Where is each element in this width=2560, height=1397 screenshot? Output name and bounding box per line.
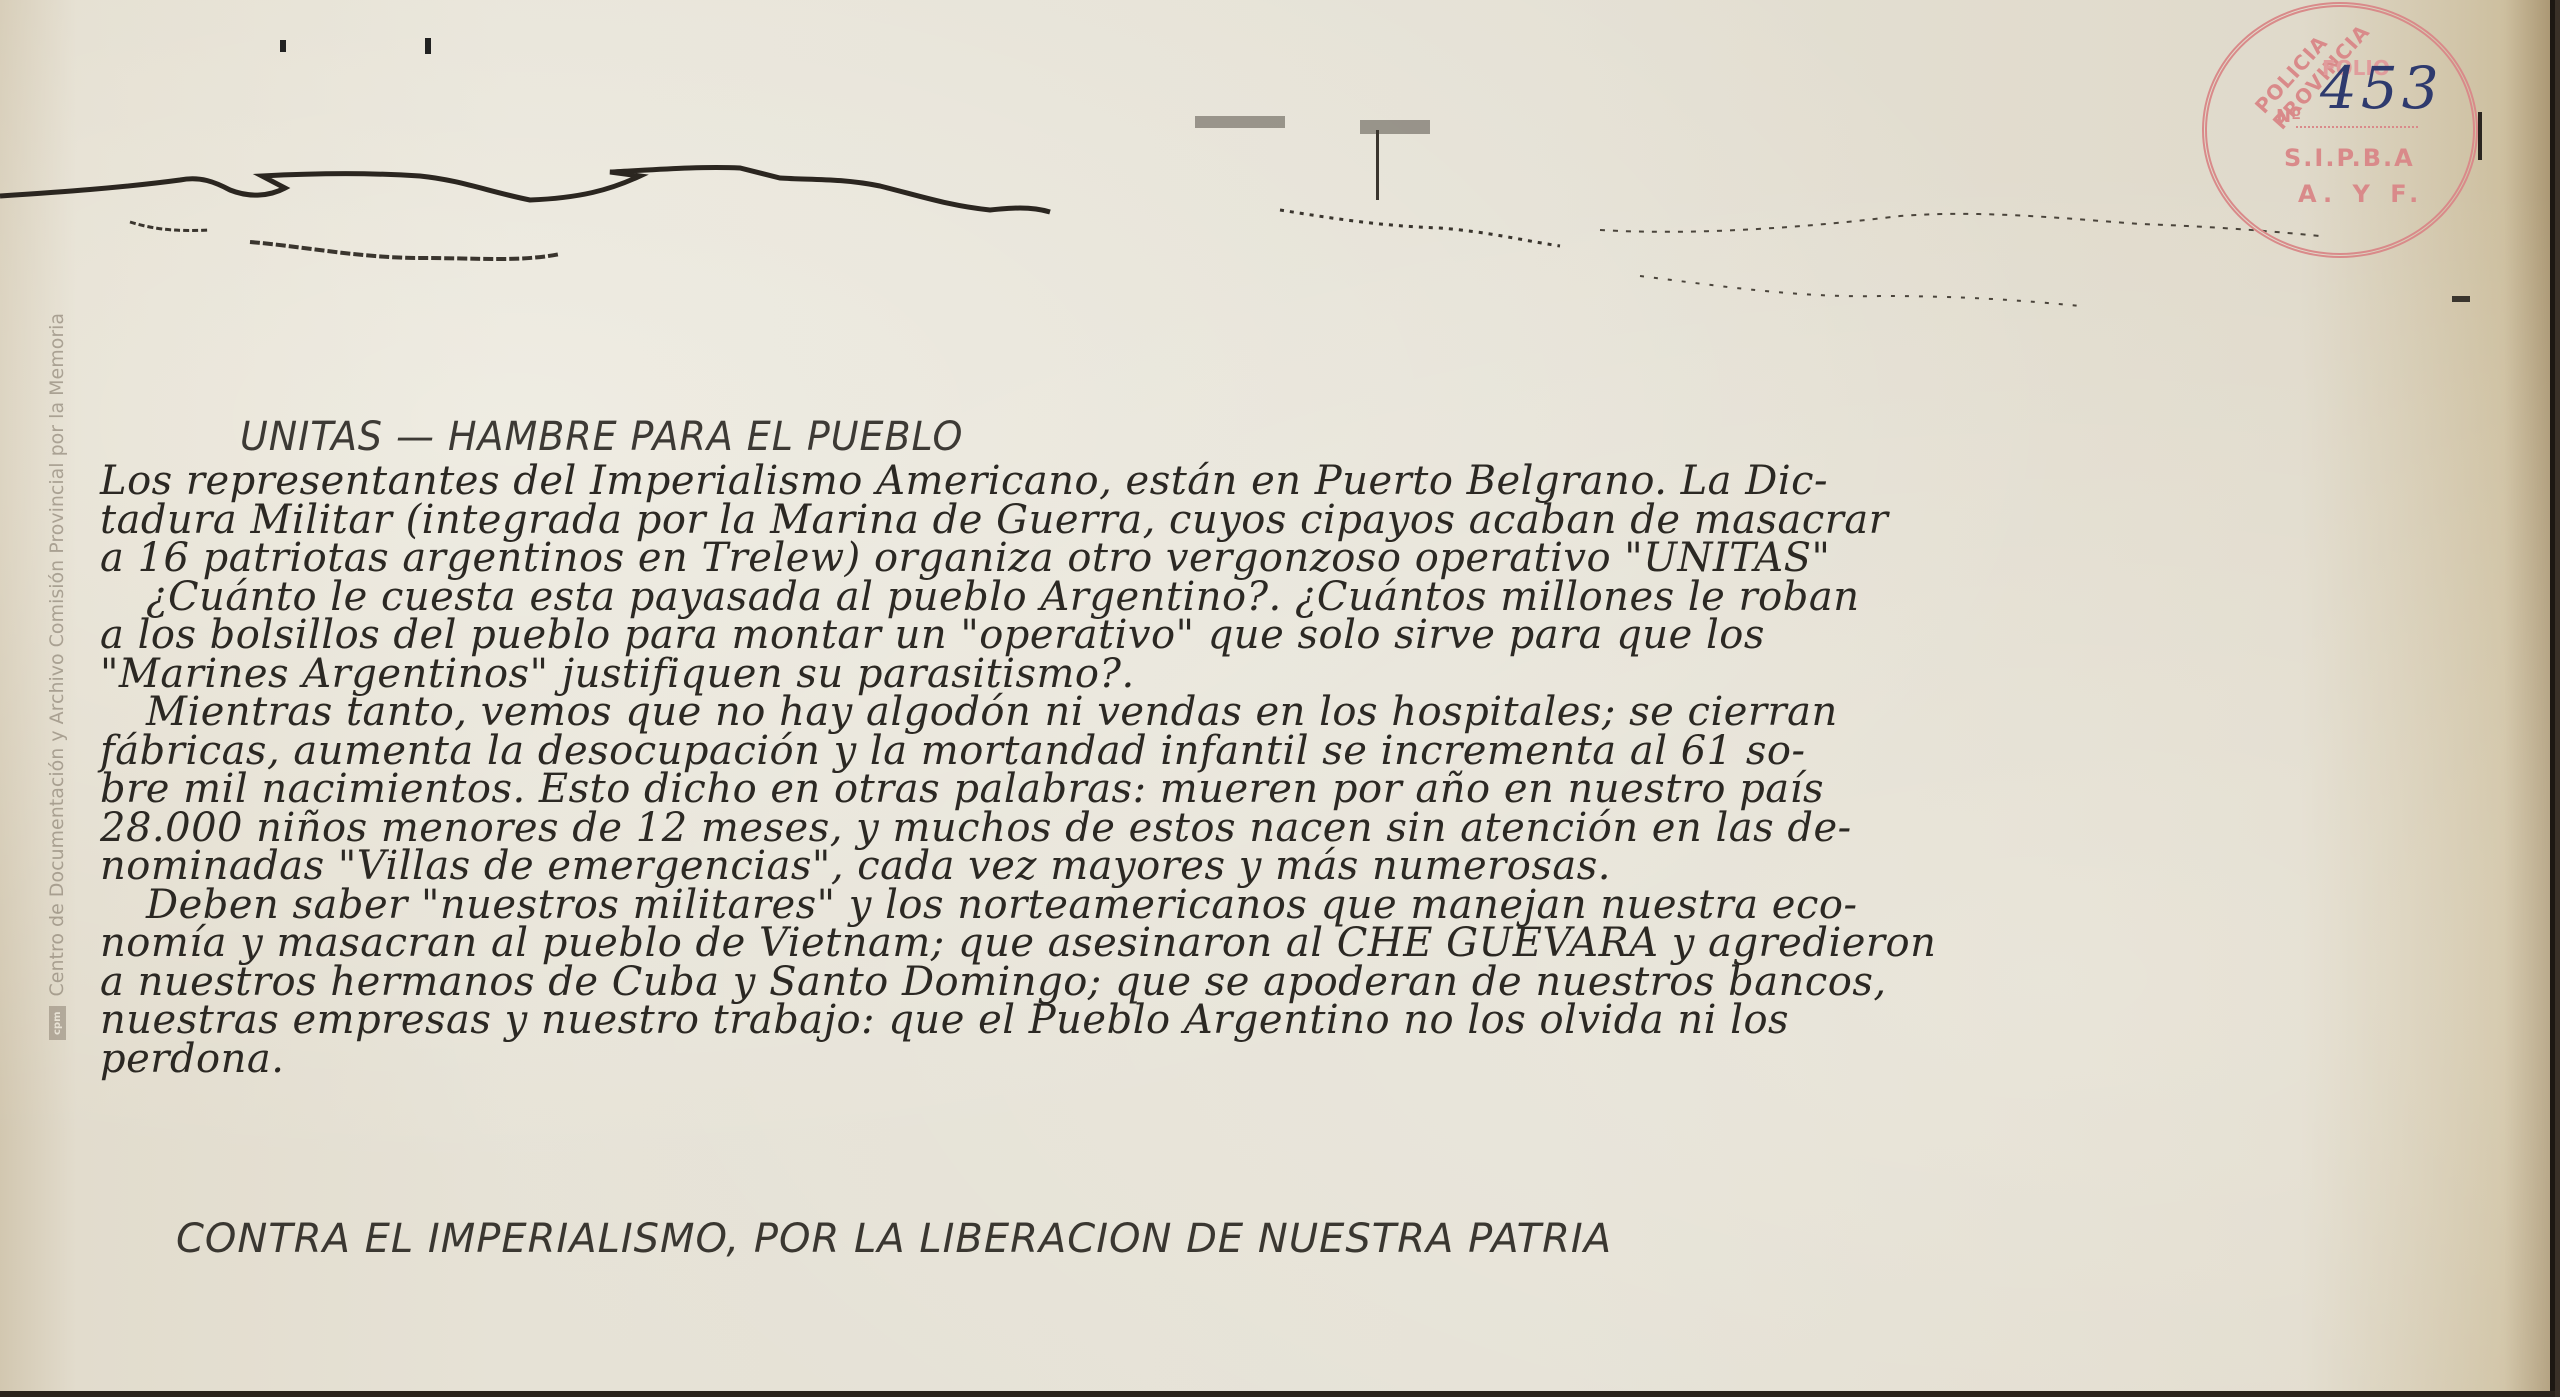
text-line: tadura Militar (integrada por la Marina … — [100, 501, 2380, 540]
archive-watermark-text: Centro de Documentación y Archivo Comisi… — [46, 313, 68, 997]
archive-logo-badge: cpm — [49, 1006, 66, 1040]
scan-edge-bottom — [0, 1391, 2555, 1397]
text-line: nominadas "Villas de emergencias", cada … — [100, 847, 2380, 886]
ink-mark — [2478, 112, 2482, 160]
text-line: Mientras tanto, vemos que no hay algodón… — [100, 693, 2380, 732]
text-line: fábricas, aumenta la desocupación y la m… — [100, 732, 2380, 771]
text-line: nomía y masacran al pueblo de Vietnam; q… — [100, 924, 2380, 963]
paper-crease-marks — [0, 0, 2555, 400]
text-line: bre mil nacimientos. Esto dicho en otras… — [100, 770, 2380, 809]
scan-edge-right — [2550, 0, 2555, 1397]
text-line: "Marines Argentinos" justifiquen su para… — [100, 655, 2380, 694]
stamp-number-line — [2296, 126, 2418, 128]
document-paragraphs: Los representantes del Imperialismo Amer… — [100, 462, 2380, 1078]
archive-watermark: cpm Centro de Documentación y Archivo Co… — [44, 340, 70, 1040]
text-line: Los representantes del Imperialismo Amer… — [100, 462, 2380, 501]
text-line: Deben saber "nuestros militares" y los n… — [100, 886, 2380, 925]
scanned-document-page: cpm Centro de Documentación y Archivo Co… — [0, 0, 2555, 1397]
stamp-division: A. Y F. — [2298, 180, 2424, 208]
text-line: a 16 patriotas argentinos en Trelew) org… — [100, 539, 2380, 578]
text-line: a nuestros hermanos de Cuba y Santo Domi… — [100, 963, 2380, 1002]
stamp-number-label: Nº — [2276, 106, 2301, 127]
text-line: a los bolsillos del pueblo para montar u… — [100, 616, 2380, 655]
police-folio-stamp: POLICIA PROVINCIA FOLIO Nº 453 S.I.P.B.A… — [2202, 2, 2482, 262]
text-line: 28.000 niños menores de 12 meses, y much… — [100, 809, 2380, 848]
document-title: UNITAS — HAMBRE PARA EL PUEBLO — [240, 418, 963, 457]
text-line: perdona. — [100, 1040, 2380, 1079]
text-line: nuestras empresas y nuestro trabajo: que… — [100, 1001, 2380, 1040]
closing-slogan: CONTRA EL IMPERIALISMO, POR LA LIBERACIO… — [176, 1220, 1612, 1259]
folio-number-handwritten: 453 — [2320, 54, 2443, 122]
stamp-agency: S.I.P.B.A — [2284, 144, 2415, 172]
text-line: ¿Cuánto le cuesta esta payasada al puebl… — [100, 578, 2380, 617]
